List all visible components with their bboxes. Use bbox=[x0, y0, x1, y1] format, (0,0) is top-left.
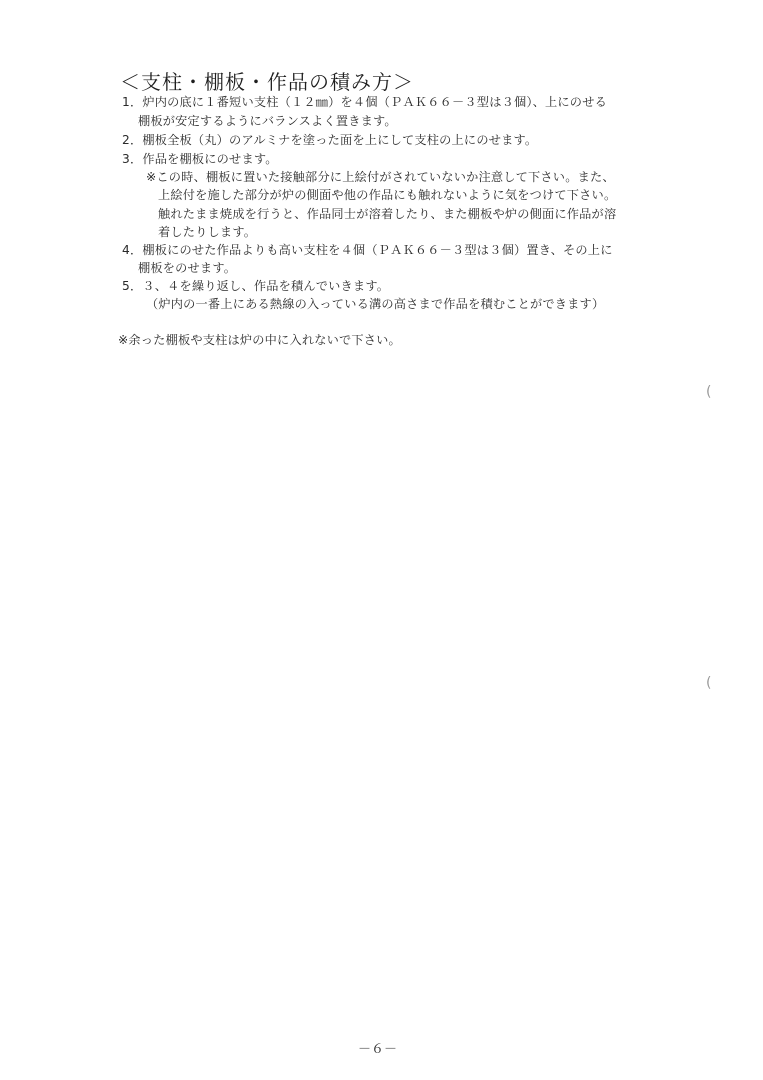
footnote: ※余った棚板や支柱は炉の中に入れないで下さい。 bbox=[118, 331, 401, 348]
scan-mark: ( bbox=[706, 675, 711, 691]
step-3-note-1: ※この時、棚板に置いた接触部分に上絵付がされていないか注意して下さい。また、 bbox=[146, 168, 615, 185]
page-number: －６－ bbox=[358, 1038, 397, 1057]
step-5-line-1: 5．３、４を繰り返し、作品を積んでいきます。 bbox=[122, 277, 389, 294]
step-5-line-2: （炉内の一番上にある熱線の入っている溝の高さまで作品を積むことができます） bbox=[146, 295, 604, 312]
step-3-note-3: 触れたまま焼成を行うと、作品同士が溶着したり、また棚板や炉の側面に作品が溶 bbox=[158, 205, 616, 222]
step-3-line-1: 3．作品を棚板にのせます。 bbox=[122, 150, 278, 167]
step-3-note-2: 上絵付を施した部分が炉の側面や他の作品にも触れないように気をつけて下さい。 bbox=[158, 186, 616, 203]
step-2-line-1: 2．棚板全板（丸）のアルミナを塗った面を上にして支柱の上にのせます。 bbox=[122, 131, 537, 148]
step-4-line-2: 棚板をのせます。 bbox=[138, 259, 236, 276]
scan-mark: ( bbox=[706, 384, 711, 400]
section-title: ＜支柱・棚板・作品の積み方＞ bbox=[120, 66, 414, 95]
step-1-line-2: 棚板が安定するようにバランスよく置きます。 bbox=[138, 112, 397, 129]
step-3-note-4: 着したりします。 bbox=[158, 223, 256, 240]
step-4-line-1: 4．棚板にのせた作品よりも高い支柱を４個（ＰＡＫ６６－３型は３個）置き、その上に bbox=[122, 241, 613, 258]
step-1-line-1: 1．炉内の底に１番短い支柱（１２㎜）を４個（ＰＡＫ６６－３型は３個）、上にのせる bbox=[122, 93, 607, 110]
